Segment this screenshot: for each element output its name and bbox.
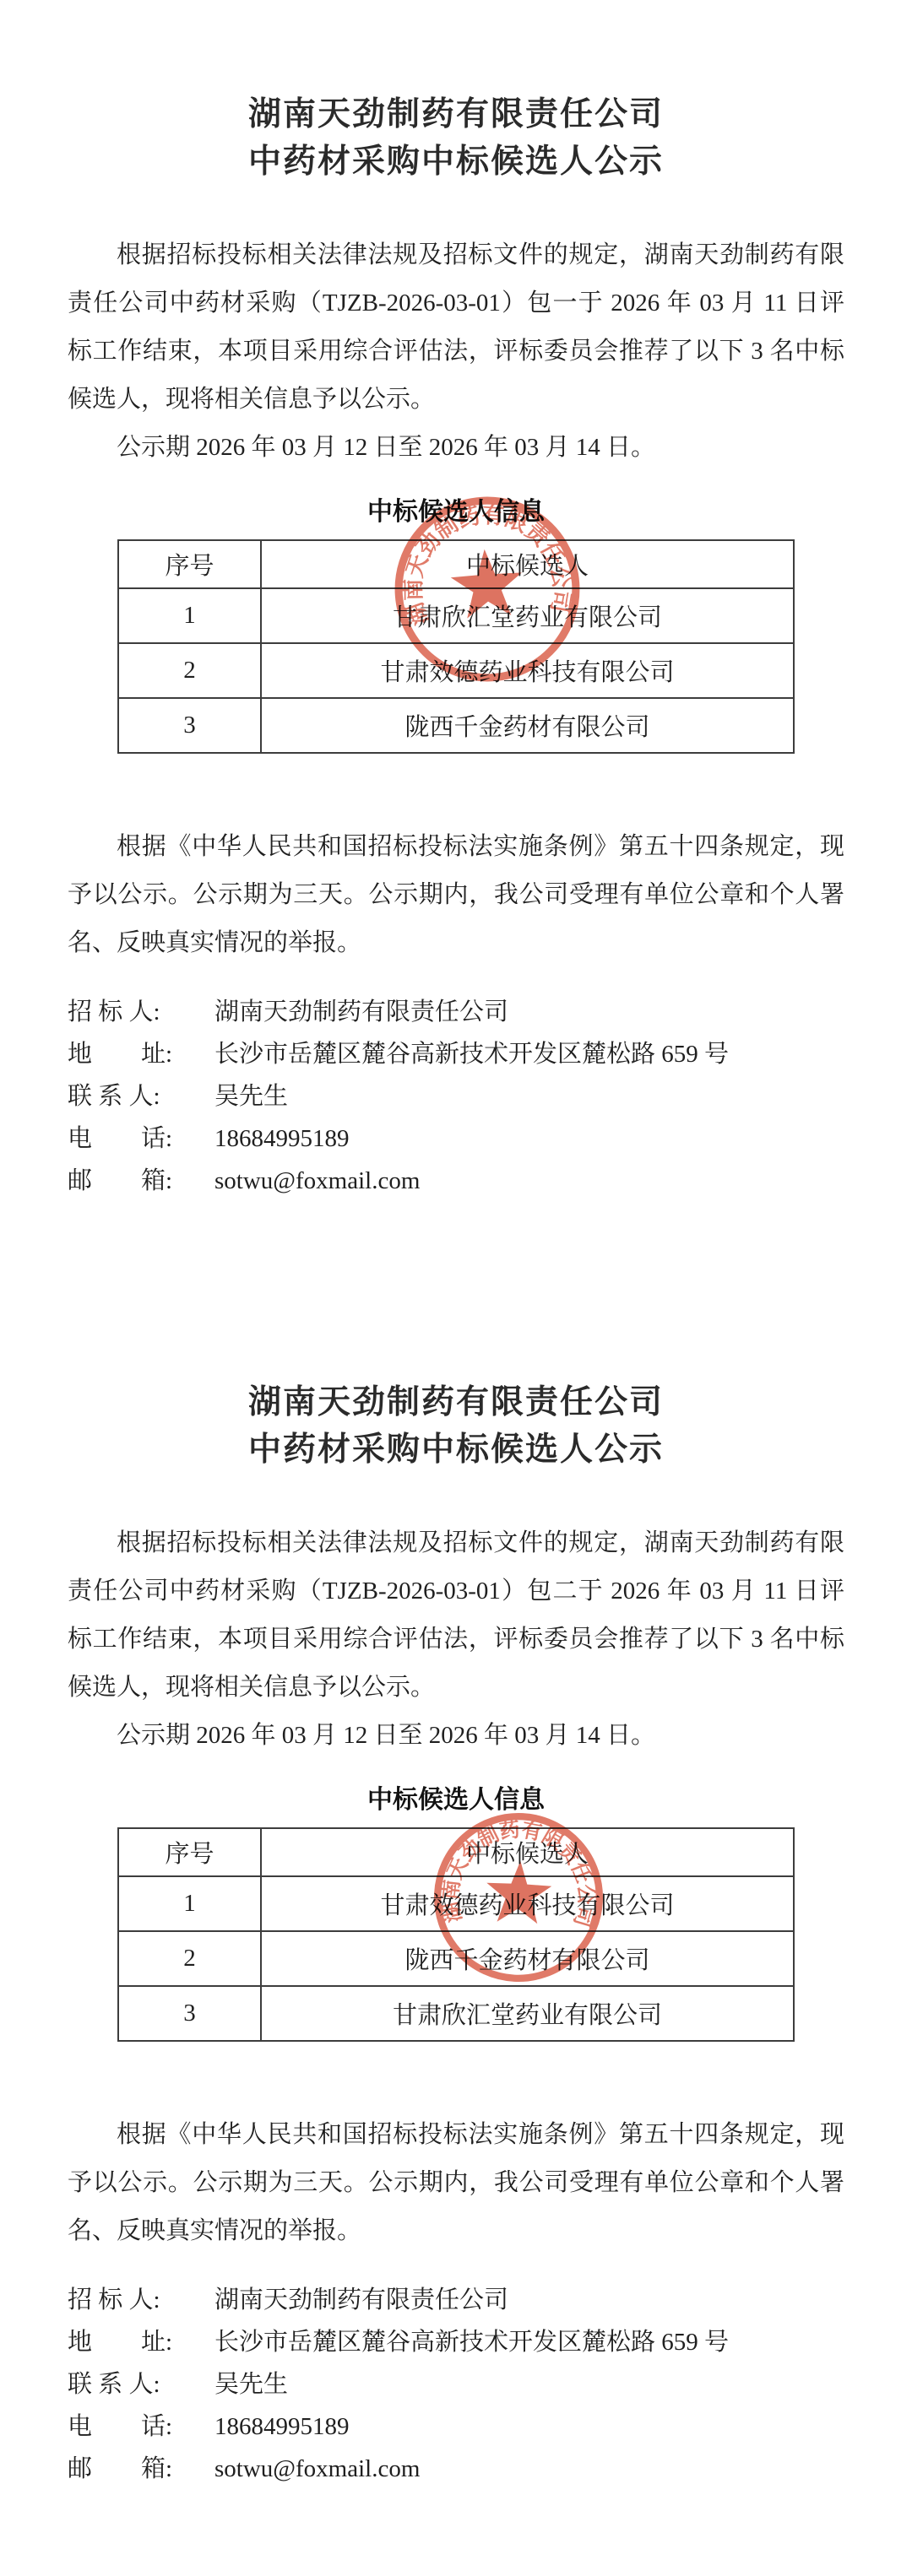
contact-line-phone: 电 话:18684995189: [68, 1118, 844, 1160]
contact-value: sotwu@foxmail.com: [214, 2448, 420, 2490]
table-row: 2 甘肃效德药业科技有限公司: [118, 643, 794, 698]
table-row: 2 陇西千金药材有限公司: [118, 1931, 794, 1986]
publicity-period-line: 公示期 2026 年 03 月 12 日至 2026 年 03 月 14 日。: [68, 424, 844, 472]
contact-label: 招 标 人:: [68, 991, 203, 1033]
contact-value: 吴先生: [214, 1075, 288, 1118]
contact-value: 18684995189: [214, 1118, 350, 1160]
contact-value: 湖南天劲制药有限责任公司: [214, 991, 508, 1033]
table-row: 3 陇西千金药材有限公司: [118, 698, 794, 753]
contact-line-bidder: 招 标 人:湖南天劲制药有限责任公司: [68, 2279, 844, 2321]
header-seq: 序号: [118, 540, 261, 588]
header-candidate: 中标候选人: [261, 1828, 794, 1876]
intro-paragraph: 根据招标投标相关法律法规及招标文件的规定，湖南天劲制药有限责任公司中药材采购（T…: [68, 1519, 844, 1712]
contact-label: 电 话:: [68, 2406, 203, 2448]
page-title-line2: 中药材采购中标候选人公示: [0, 138, 912, 186]
page-title: 湖南天劲制药有限责任公司 中药材采购中标候选人公示: [0, 0, 912, 186]
page-title-line1: 湖南天劲制药有限责任公司: [0, 91, 912, 138]
contact-label: 联 系 人:: [68, 2363, 203, 2406]
seq-cell: 3: [118, 1986, 261, 2041]
contact-line-address: 地 址:长沙市岳麓区麓谷高新技术开发区麓松路 659 号: [68, 1033, 844, 1075]
header-candidate: 中标候选人: [261, 540, 794, 588]
candidates-table: 序号 中标候选人 1 甘肃效德药业科技有限公司 2 陇西千金药材有限公司 3 甘…: [117, 1827, 795, 2042]
table-row: 1 甘肃欣汇堂药业有限公司: [118, 588, 794, 643]
table-row: 3 甘肃欣汇堂药业有限公司: [118, 1986, 794, 2041]
contact-label: 电 话:: [68, 1118, 203, 1160]
seq-cell: 3: [118, 698, 261, 753]
contact-line-phone: 电 话:18684995189: [68, 2406, 844, 2448]
contact-value: 长沙市岳麓区麓谷高新技术开发区麓松路 659 号: [214, 1033, 729, 1075]
candidate-cell: 甘肃欣汇堂药业有限公司: [261, 588, 794, 643]
candidate-cell: 甘肃欣汇堂药业有限公司: [261, 1986, 794, 2041]
contact-line-bidder: 招 标 人:湖南天劲制药有限责任公司: [68, 991, 844, 1033]
page-title-line1: 湖南天劲制药有限责任公司: [0, 1379, 912, 1426]
seq-cell: 1: [118, 588, 261, 643]
seq-cell: 1: [118, 1876, 261, 1931]
legal-paragraph: 根据《中华人民共和国招标投标法实施条例》第五十四条规定，现予以公示。公示期为三天…: [68, 823, 844, 967]
contact-line-person: 联 系 人:吴先生: [68, 1075, 844, 1118]
announcement-page-1: 湖南天劲制药有限责任公司 中药材采购中标候选人公示 根据招标投标相关法律法规及招…: [0, 0, 912, 1288]
contact-line-email: 邮 箱:sotwu@foxmail.com: [68, 2448, 844, 2490]
announcement-page-2: 湖南天劲制药有限责任公司 中药材采购中标候选人公示 根据招标投标相关法律法规及招…: [0, 1288, 912, 2576]
contact-block: 招 标 人:湖南天劲制药有限责任公司 地 址:长沙市岳麓区麓谷高新技术开发区麓松…: [68, 991, 844, 1202]
header-seq: 序号: [118, 1828, 261, 1876]
candidate-cell: 陇西千金药材有限公司: [261, 698, 794, 753]
contact-block: 招 标 人:湖南天劲制药有限责任公司 地 址:长沙市岳麓区麓谷高新技术开发区麓松…: [68, 2279, 844, 2490]
candidate-cell: 陇西千金药材有限公司: [261, 1931, 794, 1986]
legal-paragraph: 根据《中华人民共和国招标投标法实施条例》第五十四条规定，现予以公示。公示期为三天…: [68, 2111, 844, 2255]
table-title: 中标候选人信息: [0, 1778, 912, 1816]
candidate-cell: 甘肃效德药业科技有限公司: [261, 643, 794, 698]
table-title: 中标候选人信息: [0, 490, 912, 528]
contact-label: 地 址:: [68, 2321, 203, 2363]
contact-line-person: 联 系 人:吴先生: [68, 2363, 844, 2406]
table-row: 1 甘肃效德药业科技有限公司: [118, 1876, 794, 1931]
seq-cell: 2: [118, 1931, 261, 1986]
seq-cell: 2: [118, 643, 261, 698]
publicity-period-line: 公示期 2026 年 03 月 12 日至 2026 年 03 月 14 日。: [68, 1712, 844, 1760]
contact-line-address: 地 址:长沙市岳麓区麓谷高新技术开发区麓松路 659 号: [68, 2321, 844, 2363]
contact-label: 地 址:: [68, 1033, 203, 1075]
contact-label: 联 系 人:: [68, 1075, 203, 1118]
table-header-row: 序号 中标候选人: [118, 1828, 794, 1876]
contact-label: 邮 箱:: [68, 2448, 203, 2490]
contact-value: 18684995189: [214, 2406, 350, 2448]
page-title: 湖南天劲制药有限责任公司 中药材采购中标候选人公示: [0, 1288, 912, 1474]
contact-value: sotwu@foxmail.com: [214, 1160, 420, 1202]
contact-label: 招 标 人:: [68, 2279, 203, 2321]
contact-line-email: 邮 箱:sotwu@foxmail.com: [68, 1160, 844, 1202]
intro-paragraph: 根据招标投标相关法律法规及招标文件的规定，湖南天劲制药有限责任公司中药材采购（T…: [68, 231, 844, 424]
candidate-cell: 甘肃效德药业科技有限公司: [261, 1876, 794, 1931]
contact-label: 邮 箱:: [68, 1160, 203, 1202]
page-title-line2: 中药材采购中标候选人公示: [0, 1426, 912, 1474]
candidates-table: 序号 中标候选人 1 甘肃欣汇堂药业有限公司 2 甘肃效德药业科技有限公司 3 …: [117, 539, 795, 754]
contact-value: 湖南天劲制药有限责任公司: [214, 2279, 508, 2321]
contact-value: 吴先生: [214, 2363, 288, 2406]
contact-value: 长沙市岳麓区麓谷高新技术开发区麓松路 659 号: [214, 2321, 729, 2363]
table-header-row: 序号 中标候选人: [118, 540, 794, 588]
